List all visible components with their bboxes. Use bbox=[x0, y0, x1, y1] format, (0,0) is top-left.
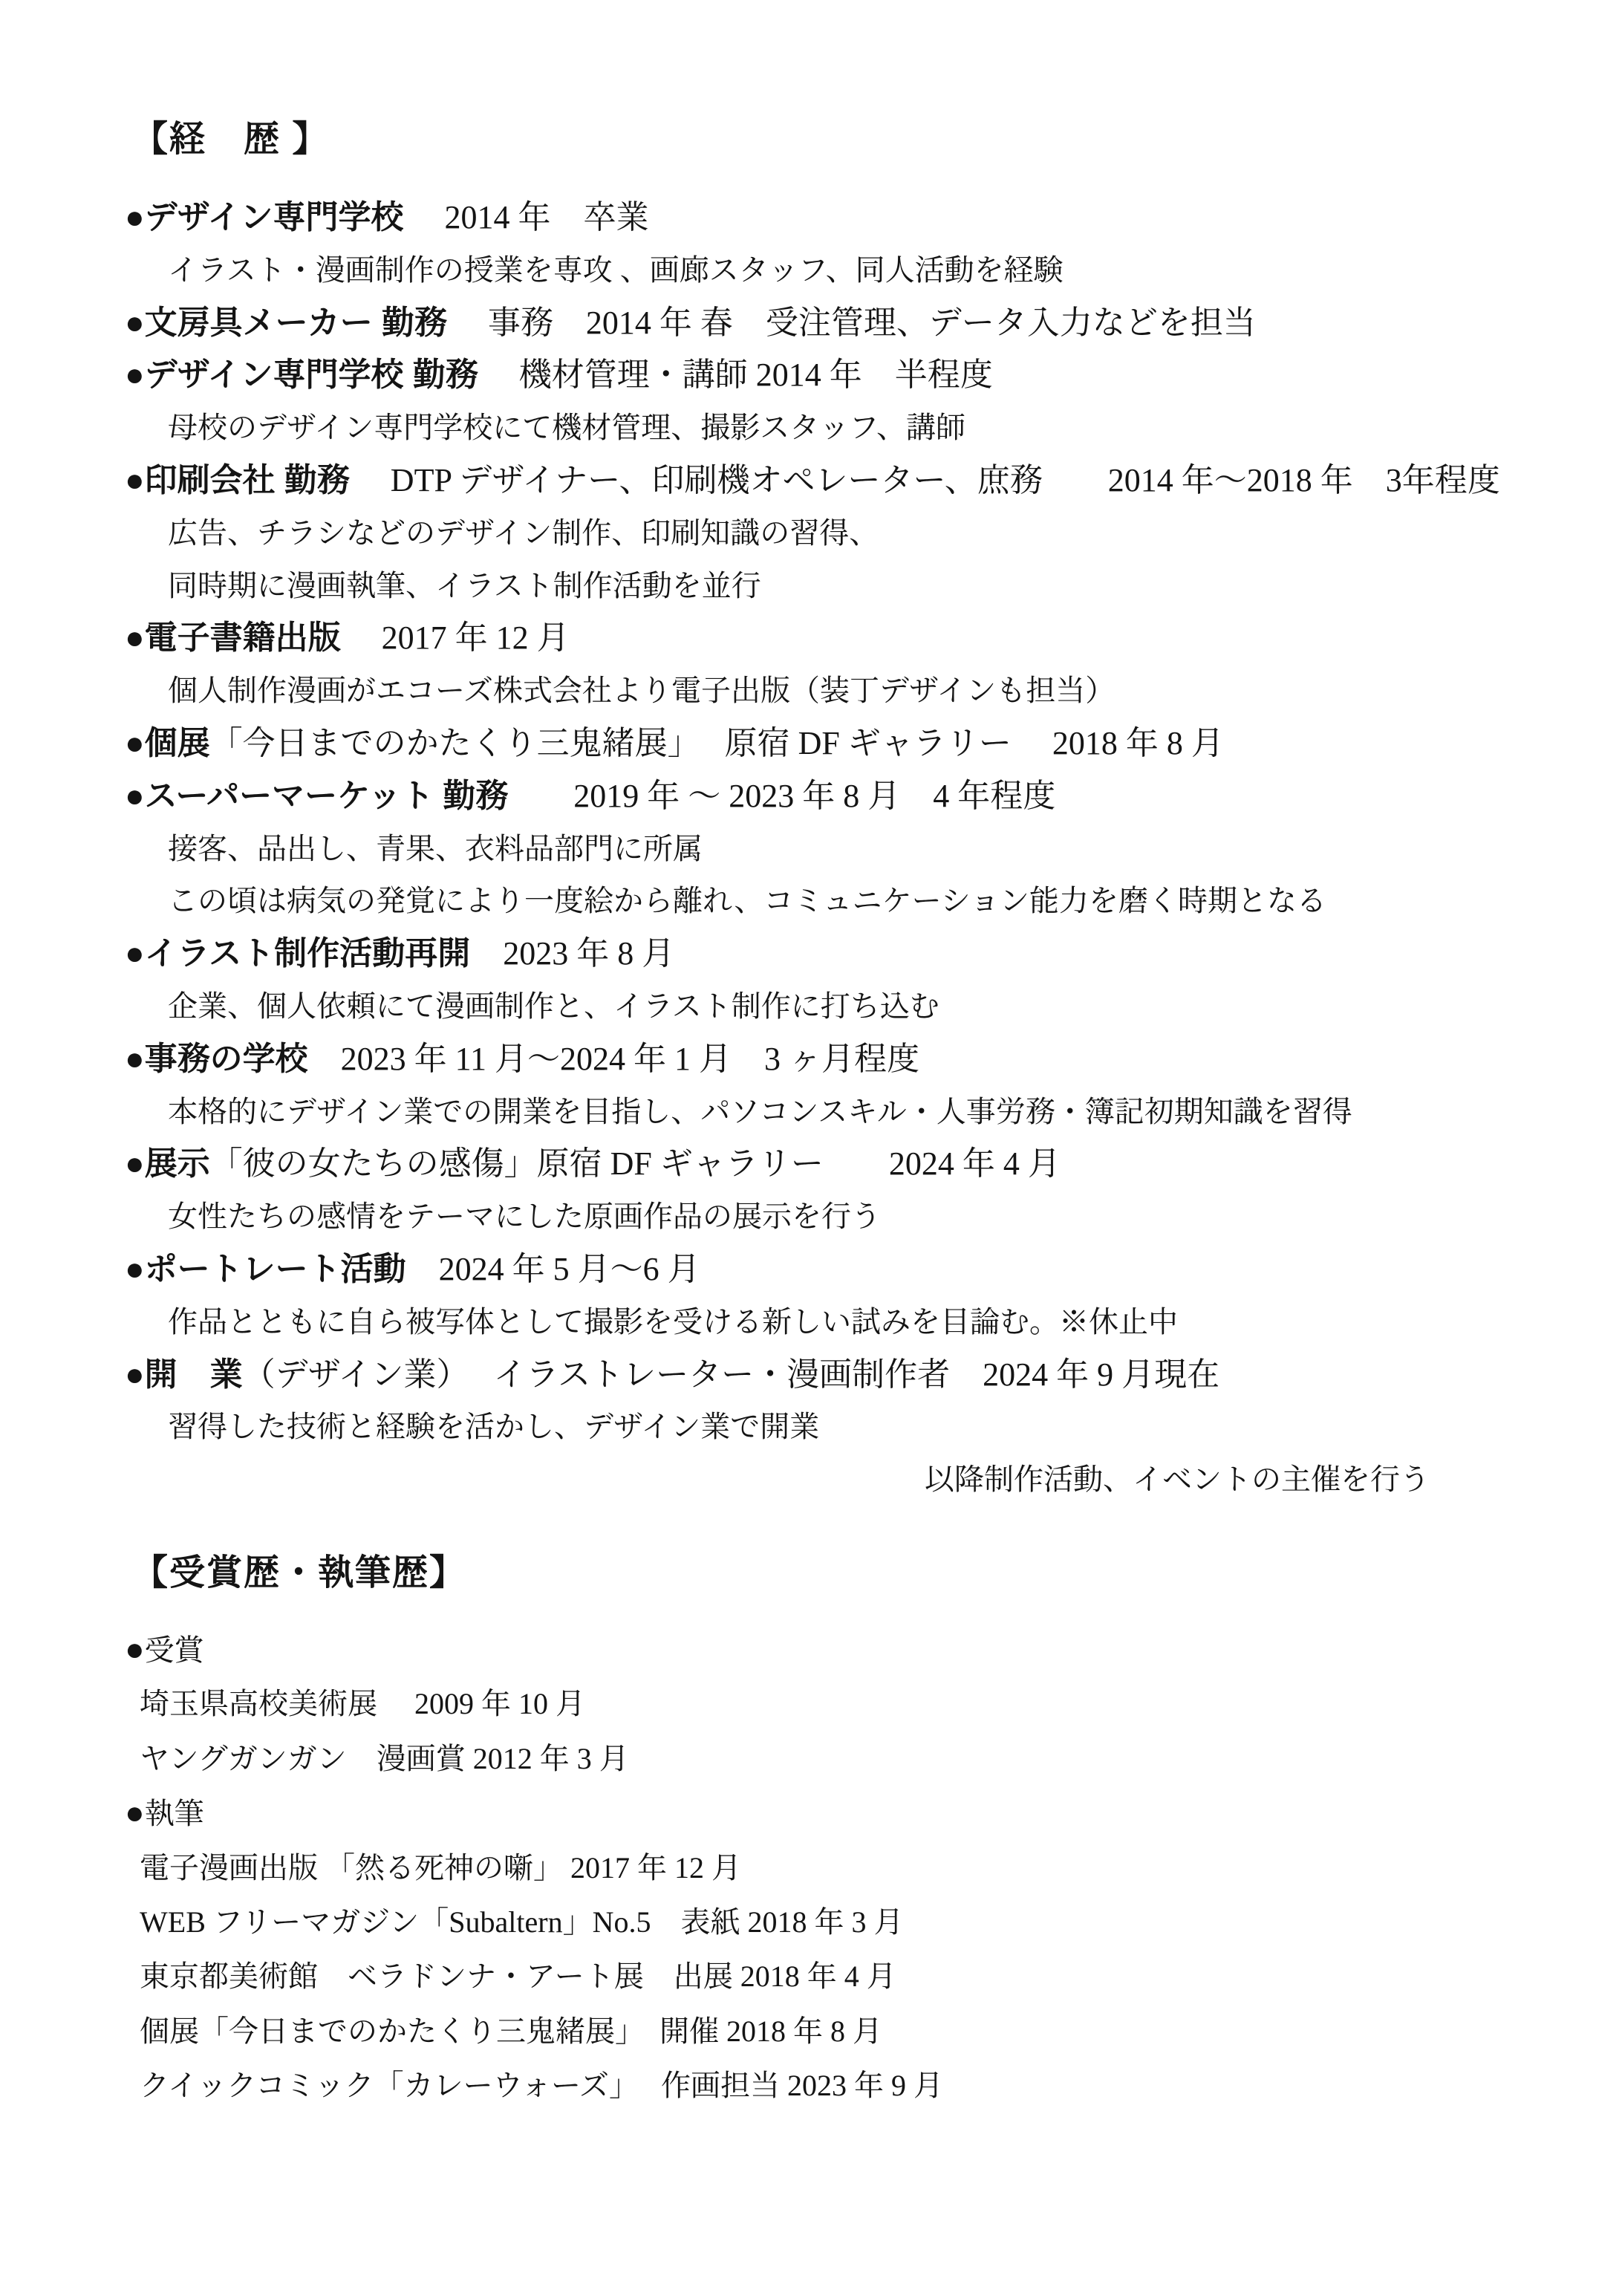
career-entry: 企業、個人依頼にて漫画制作と、イラスト制作に打ち込む bbox=[0, 980, 1622, 1033]
career-entry: ●スーパーマーケット 勤務 2019 年 ～ 2023 年 8 月 4 年程度 bbox=[0, 770, 1622, 823]
entry-text: WEB フリーマガジン「Subaltern」No.5 表紙 2018 年 3 月 bbox=[140, 1905, 903, 1939]
award-entry: ヤングガンガン 漫画賞 2012 年 3 月 bbox=[0, 1731, 1622, 1786]
entry-text: 個人制作漫画がエコーズ株式会社より電子出版（装丁デザインも担当） bbox=[168, 674, 1115, 707]
entry-title: 受賞 bbox=[145, 1633, 204, 1667]
entry-title: 電子書籍出版 bbox=[145, 619, 341, 656]
entry-text: 2023 年 11 月～2024 年 1 月 3 ヶ月程度 bbox=[308, 1041, 919, 1077]
career-entry: 作品とともに自ら被写体として撮影を受ける新しい試みを目論む。※休止中 bbox=[0, 1296, 1622, 1349]
career-entry: 本格的にデザイン業での開業を目指し、パソコンスキル・人事労務・簿記初期知識を習得 bbox=[0, 1086, 1622, 1139]
bullet-icon: ● bbox=[125, 462, 145, 498]
entry-text: ヤングガンガン 漫画賞 2012 年 3 月 bbox=[140, 1742, 629, 1775]
entry-text: 本格的にデザイン業での開業を目指し、パソコンスキル・人事労務・簿記初期知識を習得 bbox=[168, 1095, 1352, 1128]
entry-text: 埼玉県高校美術展 2009 年 10 月 bbox=[140, 1687, 585, 1720]
entry-text: クイックコミック「カレーウォーズ」 作画担当 2023 年 9 月 bbox=[140, 2069, 943, 2102]
entry-title: 個展 bbox=[145, 725, 210, 761]
entry-title: デザイン専門学校 勤務 bbox=[145, 357, 478, 393]
entry-text: 東京都美術館 ベラドンナ・アート展 出展 2018 年 4 月 bbox=[140, 1960, 896, 1993]
career-entry: ●イラスト制作活動再開 2023 年 8 月 bbox=[0, 928, 1622, 980]
career-entry: 個人制作漫画がエコーズ株式会社より電子出版（装丁デザインも担当） bbox=[0, 665, 1622, 718]
career-entry: ●デザイン専門学校 2014 年 卒業 bbox=[0, 192, 1622, 244]
entry-text: 女性たちの感情をテーマにした原画作品の展示を行う bbox=[168, 1200, 881, 1233]
career-entry: 以降制作活動、イベントの主催を行う bbox=[0, 1454, 1622, 1506]
entry-text: 作品とともに自ら被写体として撮影を受ける新しい試みを目論む。※休止中 bbox=[168, 1305, 1178, 1339]
entry-title: 事務の学校 bbox=[145, 1041, 308, 1077]
entry-text: 「彼の女たちの感傷」原宿 DF ギャラリー 2024 年 4 月 bbox=[210, 1145, 1061, 1182]
career-entry: 同時期に漫画執筆、イラスト制作活動を並行 bbox=[0, 560, 1622, 613]
bullet-icon: ● bbox=[125, 935, 145, 972]
award-entry: 埼玉県高校美術展 2009 年 10 月 bbox=[0, 1677, 1622, 1731]
entry-text: DTP デザイナー、印刷機オペレーター、庶務 2014 年～2018 年 3年程… bbox=[350, 462, 1500, 498]
entry-text: 個展「今日までのかたくり三鬼緒展」 開催 2018 年 8 月 bbox=[140, 2014, 882, 2048]
career-entry: ●個展「今日までのかたくり三鬼緒展」 原宿 DF ギャラリー 2018 年 8 … bbox=[0, 718, 1622, 770]
bullet-icon: ● bbox=[125, 619, 145, 656]
career-entry: ●電子書籍出版 2017 年 12 月 bbox=[0, 612, 1622, 665]
bullet-icon: ● bbox=[125, 357, 145, 393]
career-entry: 習得した技術と経験を活かし、デザイン業で開業 bbox=[0, 1401, 1622, 1454]
entry-title: 執筆 bbox=[145, 1797, 204, 1830]
career-entry: ●開 業（デザイン業） イラストレーター・漫画制作者 2024 年 9 月現在 bbox=[0, 1349, 1622, 1402]
career-entry: 広告、チラシなどのデザイン制作、印刷知識の習得、 bbox=[0, 507, 1622, 560]
award-entry: 個展「今日までのかたくり三鬼緒展」 開催 2018 年 8 月 bbox=[0, 2004, 1622, 2058]
entry-text: 事務 2014 年 春 受注管理、データ入力などを担当 bbox=[447, 305, 1256, 341]
entry-title: イラスト制作活動再開 bbox=[145, 935, 471, 972]
entry-text: 以降制作活動、イベントの主催を行う bbox=[925, 1463, 1430, 1496]
awards-heading: 【受賞歴・執筆歴】 bbox=[132, 1544, 466, 1595]
entry-text: 2024 年 5 月～6 月 bbox=[406, 1251, 700, 1287]
bullet-icon: ● bbox=[125, 1145, 145, 1182]
entry-text: 2014 年 卒業 bbox=[404, 199, 649, 235]
entry-text: 習得した技術と経験を活かし、デザイン業で開業 bbox=[168, 1410, 819, 1443]
entry-text: 広告、チラシなどのデザイン制作、印刷知識の習得、 bbox=[168, 516, 879, 550]
entry-text: 2023 年 8 月 bbox=[470, 935, 674, 972]
career-entry: ●ポートレート活動 2024 年 5 月～6 月 bbox=[0, 1243, 1622, 1296]
career-entry: 母校のデザイン専門学校にて機材管理、撮影スタッフ、講師 bbox=[0, 402, 1622, 455]
entry-text: 機材管理・講師 2014 年 半程度 bbox=[478, 357, 993, 393]
resume-page: 【経 歴 】 ●デザイン専門学校 2014 年 卒業イラスト・漫画制作の授業を専… bbox=[0, 0, 1622, 2296]
bullet-icon: ● bbox=[125, 778, 145, 814]
entry-title: 展示 bbox=[145, 1145, 210, 1182]
entry-text: 電子漫画出版 「然る死神の噺」 2017 年 12 月 bbox=[140, 1851, 741, 1884]
career-entries: ●デザイン専門学校 2014 年 卒業イラスト・漫画制作の授業を専攻 、画廊スタ… bbox=[0, 192, 1622, 1506]
entry-text: この頃は病気の発覚により一度絵から離れ、コミュニケーション能力を磨く時期となる bbox=[168, 884, 1326, 917]
entry-text: 2017 年 12 月 bbox=[341, 619, 570, 656]
award-entry: 東京都美術館 ベラドンナ・アート展 出展 2018 年 4 月 bbox=[0, 1949, 1622, 2003]
entry-title: 印刷会社 勤務 bbox=[145, 462, 350, 498]
entry-title: 開 業 bbox=[145, 1356, 243, 1393]
bullet-icon: ● bbox=[125, 199, 145, 235]
career-entry: この頃は病気の発覚により一度絵から離れ、コミュニケーション能力を磨く時期となる bbox=[0, 875, 1622, 928]
entry-text: 2019 年 ～ 2023 年 8 月 4 年程度 bbox=[508, 778, 1055, 814]
entry-title: 文房具メーカー 勤務 bbox=[145, 305, 447, 341]
entry-text: 母校のデザイン専門学校にて機材管理、撮影スタッフ、講師 bbox=[168, 411, 965, 444]
entry-title: ポートレート活動 bbox=[145, 1251, 406, 1287]
career-entry: ●事務の学校 2023 年 11 月～2024 年 1 月 3 ヶ月程度 bbox=[0, 1033, 1622, 1086]
bullet-icon: ● bbox=[125, 1356, 145, 1393]
entry-text: 同時期に漫画執筆、イラスト制作活動を並行 bbox=[168, 569, 761, 602]
career-heading: 【経 歴 】 bbox=[132, 110, 329, 161]
awards-entries: ●受賞埼玉県高校美術展 2009 年 10 月ヤングガンガン 漫画賞 2012 … bbox=[0, 1622, 1622, 2113]
career-entry: ●デザイン専門学校 勤務 機材管理・講師 2014 年 半程度 bbox=[0, 349, 1622, 402]
entry-text: イラスト・漫画制作の授業を専攻 、画廊スタッフ、同人活動を経験 bbox=[168, 253, 1064, 287]
career-entry: ●展示「彼の女たちの感傷」原宿 DF ギャラリー 2024 年 4 月 bbox=[0, 1138, 1622, 1191]
career-entry: ●文房具メーカー 勤務 事務 2014 年 春 受注管理、データ入力などを担当 bbox=[0, 297, 1622, 350]
award-entry: WEB フリーマガジン「Subaltern」No.5 表紙 2018 年 3 月 bbox=[0, 1895, 1622, 1949]
entry-text: 「今日までのかたくり三鬼緒展」 原宿 DF ギャラリー 2018 年 8 月 bbox=[210, 725, 1224, 761]
bullet-icon: ● bbox=[125, 725, 145, 761]
career-entry: ●印刷会社 勤務 DTP デザイナー、印刷機オペレーター、庶務 2014 年～2… bbox=[0, 455, 1622, 507]
entry-title: デザイン専門学校 bbox=[145, 199, 404, 235]
entry-text: 接客、品出し、青果、衣料品部門に所属 bbox=[168, 832, 703, 865]
bullet-icon: ● bbox=[125, 1251, 145, 1287]
career-entry: イラスト・漫画制作の授業を専攻 、画廊スタッフ、同人活動を経験 bbox=[0, 244, 1622, 297]
entry-text: 企業、個人依頼にて漫画制作と、イラスト制作に打ち込む bbox=[168, 989, 939, 1023]
career-entry: 女性たちの感情をテーマにした原画作品の展示を行う bbox=[0, 1191, 1622, 1243]
career-entry: 接客、品出し、青果、衣料品部門に所属 bbox=[0, 823, 1622, 876]
entry-text: （デザイン業） イラストレーター・漫画制作者 2024 年 9 月現在 bbox=[243, 1356, 1220, 1393]
bullet-icon: ● bbox=[125, 1041, 145, 1077]
bullet-icon: ● bbox=[125, 1631, 145, 1668]
award-entry: ●受賞 bbox=[0, 1622, 1622, 1677]
entry-title: スーパーマーケット 勤務 bbox=[145, 778, 509, 814]
award-entry: 電子漫画出版 「然る死神の噺」 2017 年 12 月 bbox=[0, 1841, 1622, 1895]
award-entry: ●執筆 bbox=[0, 1786, 1622, 1840]
award-entry: クイックコミック「カレーウォーズ」 作画担当 2023 年 9 月 bbox=[0, 2058, 1622, 2113]
bullet-icon: ● bbox=[125, 305, 145, 341]
bullet-icon: ● bbox=[125, 1795, 145, 1831]
